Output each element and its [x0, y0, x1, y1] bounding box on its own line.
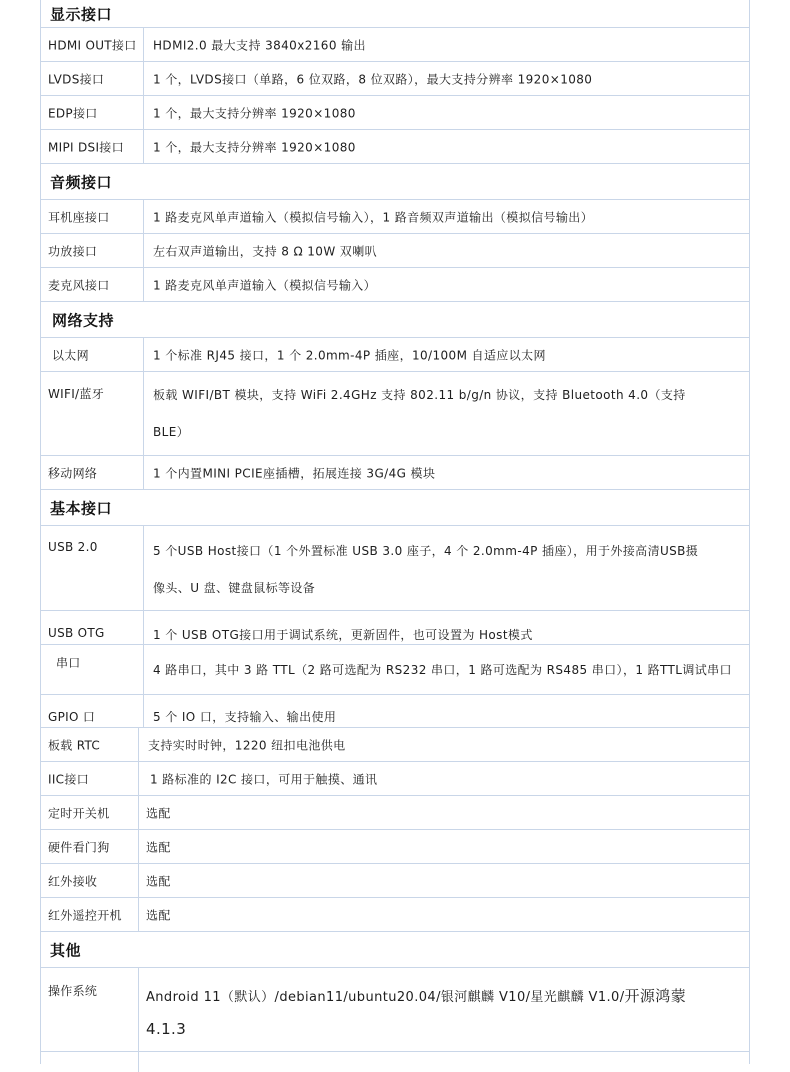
row-label: IIC接口 — [48, 770, 89, 787]
row-value-cell: 1 路麦克风单声道输入（模拟信号输入），1 路音频双声道输出（模拟信号输出） — [144, 200, 750, 233]
section-header-audio: 音频接口 — [41, 164, 750, 200]
row-label: HDMI OUT接口 — [48, 36, 137, 53]
table-row: 串口 4 路串口，其中 3 路 TTL（2 路可选配为 RS232 串口，1 路… — [41, 645, 750, 695]
row-value-cell: 支持实时时钟，1220 纽扣电池供电 — [139, 728, 750, 761]
row-label-cell: 红外接收 — [41, 864, 139, 897]
section-header-display: 显示接口 — [41, 0, 750, 28]
table-row: HDMI OUT接口 HDMI2.0 最大支持 3840x2160 输出 — [41, 28, 750, 62]
table-row: 红外接收 选配 — [41, 864, 750, 898]
row-value: 1 路标准的 I2C 接口，可用于触摸、通讯 — [150, 770, 377, 787]
row-value-cell: 5 个 IO 口，支持输入、输出使用 — [144, 695, 750, 727]
row-label-cell: EDP接口 — [41, 96, 144, 129]
row-value-cell: 1 路麦克风单声道输入（模拟信号输入） — [144, 268, 750, 301]
row-label-cell: USB 2.0 — [41, 526, 144, 610]
section-header-other: 其他 — [41, 932, 750, 968]
table-row: MIPI DSI接口 1 个，最大支持分辨率 1920×1080 — [41, 130, 750, 164]
section-title: 音频接口 — [50, 171, 112, 192]
row-label: 操作系统 — [48, 982, 97, 999]
row-value-cell: Android 11（默认）/debian11/ubuntu20.04/银河麒麟… — [139, 968, 750, 1051]
spec-table: 显示接口 HDMI OUT接口 HDMI2.0 最大支持 3840x2160 输… — [40, 0, 750, 1064]
row-label-cell: WIFI/蓝牙 — [41, 372, 144, 455]
row-value-cell: 1 路标准的 I2C 接口，可用于触摸、通讯 — [139, 762, 750, 795]
row-value-line1: 5 个USB Host接口（1 个外置标准 USB 3.0 座子，4 个 2.0… — [153, 542, 698, 559]
row-value: 1 个，最大支持分辨率 1920×1080 — [153, 104, 356, 121]
table-row: IIC接口 1 路标准的 I2C 接口，可用于触摸、通讯 — [41, 762, 750, 796]
row-value: 选配 — [146, 872, 171, 889]
row-label-cell: 硬件看门狗 — [41, 830, 139, 863]
row-label: 红外遥控开机 — [48, 906, 122, 923]
section-header-network: 网络支持 — [41, 302, 750, 338]
table-row: 以太网 1 个标准 RJ45 接口，1 个 2.0mm-4P 插座，10/100… — [41, 338, 750, 372]
row-label: 移动网络 — [48, 464, 97, 481]
row-label-cell: LVDS接口 — [41, 62, 144, 95]
section-title: 其他 — [50, 939, 81, 960]
section-header-basic: 基本接口 — [41, 490, 750, 526]
row-value: HDMI2.0 最大支持 3840x2160 输出 — [153, 36, 366, 53]
row-label: 定时开关机 — [48, 804, 110, 821]
table-row: USB OTG 1 个 USB OTG接口用于调试系统，更新固件，也可设置为 H… — [41, 611, 750, 645]
os-list-tail: 开源鸿蒙 — [625, 987, 687, 1005]
row-label: 耳机座接口 — [48, 208, 110, 225]
row-value: 1 个内置MINI PCIE座插槽，拓展连接 3G/4G 模块 — [153, 464, 435, 481]
row-label-cell: 定时开关机 — [41, 796, 139, 829]
row-value-cell: 选配 — [139, 830, 750, 863]
table-row: 红外遥控开机 选配 — [41, 898, 750, 932]
row-label: 硬件看门狗 — [48, 838, 110, 855]
row-label: 红外接收 — [48, 872, 97, 889]
row-value-line2: 像头、U 盘、键盘鼠标等设备 — [153, 579, 315, 596]
row-value: 选配 — [146, 804, 171, 821]
row-value-cell: 1 个，最大支持分辨率 1920×1080 — [144, 96, 750, 129]
row-label-cell: USB OTG — [41, 611, 144, 644]
table-row: LVDS接口 1 个，LVDS接口（单路，6 位双路，8 位双路），最大支持分辨… — [41, 62, 750, 96]
row-label-cell: 以太网 — [41, 338, 144, 371]
row-label: MIPI DSI接口 — [48, 138, 124, 155]
row-value-cell: 板载 WIFI/BT 模块，支持 WiFi 2.4GHz 支持 802.11 b… — [144, 372, 750, 455]
row-value-line2: BLE） — [153, 423, 189, 440]
row-label-cell: 麦克风接口 — [41, 268, 144, 301]
row-label: WIFI/蓝牙 — [48, 385, 104, 402]
row-value: 1 路麦克风单声道输入（模拟信号输入），1 路音频双声道输出（模拟信号输出） — [153, 208, 593, 225]
table-row: 耳机座接口 1 路麦克风单声道输入（模拟信号输入），1 路音频双声道输出（模拟信… — [41, 200, 750, 234]
row-value: 1 个，最大支持分辨率 1920×1080 — [153, 138, 356, 155]
row-label: 以太网 — [52, 346, 89, 363]
row-value: 1 个，LVDS接口（单路，6 位双路，8 位双路），最大支持分辨率 1920×… — [153, 70, 592, 87]
table-row: WIFI/蓝牙 板载 WIFI/BT 模块，支持 WiFi 2.4GHz 支持 … — [41, 372, 750, 456]
row-value-cell: 1 个标准 RJ45 接口，1 个 2.0mm-4P 插座，10/100M 自适… — [144, 338, 750, 371]
row-value-cell: 1 个内置MINI PCIE座插槽，拓展连接 3G/4G 模块 — [144, 456, 750, 489]
row-label-cell: HDMI OUT接口 — [41, 28, 144, 61]
row-label-cell: 操作系统 — [41, 968, 139, 1051]
row-label-cell: 移动网络 — [41, 456, 144, 489]
row-value-cell: 4 路串口，其中 3 路 TTL（2 路可选配为 RS232 串口，1 路可选配… — [144, 645, 750, 694]
row-value-line2: 4.1.3 — [146, 1020, 186, 1038]
table-row: GPIO 口 5 个 IO 口，支持输入、输出使用 — [41, 695, 750, 728]
row-value-cell: HDMI2.0 最大支持 3840x2160 输出 — [144, 28, 750, 61]
row-value: 选配 — [146, 906, 171, 923]
row-label-cell: 耳机座接口 — [41, 200, 144, 233]
section-title: 显示接口 — [50, 3, 112, 24]
row-label-cell: 串口 — [41, 645, 144, 694]
row-label-cell: GPIO 口 — [41, 695, 144, 727]
row-value-cell: 选配 — [139, 898, 750, 931]
row-label: 板载 RTC — [48, 736, 100, 753]
table-row: 定时开关机 选配 — [41, 796, 750, 830]
row-value: 支持实时时钟，1220 纽扣电池供电 — [148, 736, 346, 753]
row-value: 1 路麦克风单声道输入（模拟信号输入） — [153, 276, 376, 293]
row-label: 麦克风接口 — [48, 276, 110, 293]
row-label-cell: 板载 RTC — [41, 728, 139, 761]
section-title: 基本接口 — [50, 497, 112, 518]
table-row: 麦克风接口 1 路麦克风单声道输入（模拟信号输入） — [41, 268, 750, 302]
row-label-cell: 功放接口 — [41, 234, 144, 267]
row-value: 4 路串口，其中 3 路 TTL（2 路可选配为 RS232 串口，1 路可选配… — [153, 661, 732, 678]
row-value-cell: 左右双声道输出，支持 8 Ω 10W 双喇叭 — [144, 234, 750, 267]
row-value: 1 个标准 RJ45 接口，1 个 2.0mm-4P 插座，10/100M 自适… — [153, 346, 546, 363]
row-value-line1: Android 11（默认）/debian11/ubuntu20.04/银河麒麟… — [146, 985, 686, 1006]
table-row: 移动网络 1 个内置MINI PCIE座插槽，拓展连接 3G/4G 模块 — [41, 456, 750, 490]
row-value: 5 个 IO 口，支持输入、输出使用 — [153, 708, 336, 725]
row-value-cell: 选配 — [139, 864, 750, 897]
row-value-cell: 1 个，最大支持分辨率 1920×1080 — [144, 130, 750, 163]
table-row: USB 2.0 5 个USB Host接口（1 个外置标准 USB 3.0 座子… — [41, 526, 750, 611]
os-list: Android 11（默认）/debian11/ubuntu20.04/银河麒麟… — [146, 990, 625, 1005]
row-label: USB OTG — [48, 626, 105, 640]
row-label-cell — [41, 1052, 139, 1064]
row-value-cell: 1 个，LVDS接口（单路，6 位双路，8 位双路），最大支持分辨率 1920×… — [144, 62, 750, 95]
table-row: 功放接口 左右双声道输出，支持 8 Ω 10W 双喇叭 — [41, 234, 750, 268]
row-value-cell: 5 个USB Host接口（1 个外置标准 USB 3.0 座子，4 个 2.0… — [144, 526, 750, 610]
row-value: 1 个 USB OTG接口用于调试系统，更新固件，也可设置为 Host模式 — [153, 626, 533, 643]
table-row: 板载 RTC 支持实时时钟，1220 纽扣电池供电 — [41, 728, 750, 762]
row-label-cell: IIC接口 — [41, 762, 139, 795]
table-row: 操作系统 Android 11（默认）/debian11/ubuntu20.04… — [41, 968, 750, 1052]
row-label-cell: MIPI DSI接口 — [41, 130, 144, 163]
row-label-cell: 红外遥控开机 — [41, 898, 139, 931]
row-label: GPIO 口 — [48, 708, 95, 725]
row-label: LVDS接口 — [48, 70, 104, 87]
table-row — [41, 1052, 750, 1064]
table-row: EDP接口 1 个，最大支持分辨率 1920×1080 — [41, 96, 750, 130]
section-title: 网络支持 — [52, 309, 114, 330]
table-row: 硬件看门狗 选配 — [41, 830, 750, 864]
row-value-cell: 1 个 USB OTG接口用于调试系统，更新固件，也可设置为 Host模式 — [144, 611, 750, 644]
row-label: EDP接口 — [48, 104, 98, 121]
row-value: 选配 — [146, 838, 171, 855]
row-value-line1: 板载 WIFI/BT 模块，支持 WiFi 2.4GHz 支持 802.11 b… — [153, 386, 686, 403]
row-value: 左右双声道输出，支持 8 Ω 10W 双喇叭 — [153, 242, 377, 259]
row-label: 串口 — [56, 654, 81, 671]
row-label: 功放接口 — [48, 242, 97, 259]
row-label: USB 2.0 — [48, 540, 98, 554]
row-value-cell: 选配 — [139, 796, 750, 829]
